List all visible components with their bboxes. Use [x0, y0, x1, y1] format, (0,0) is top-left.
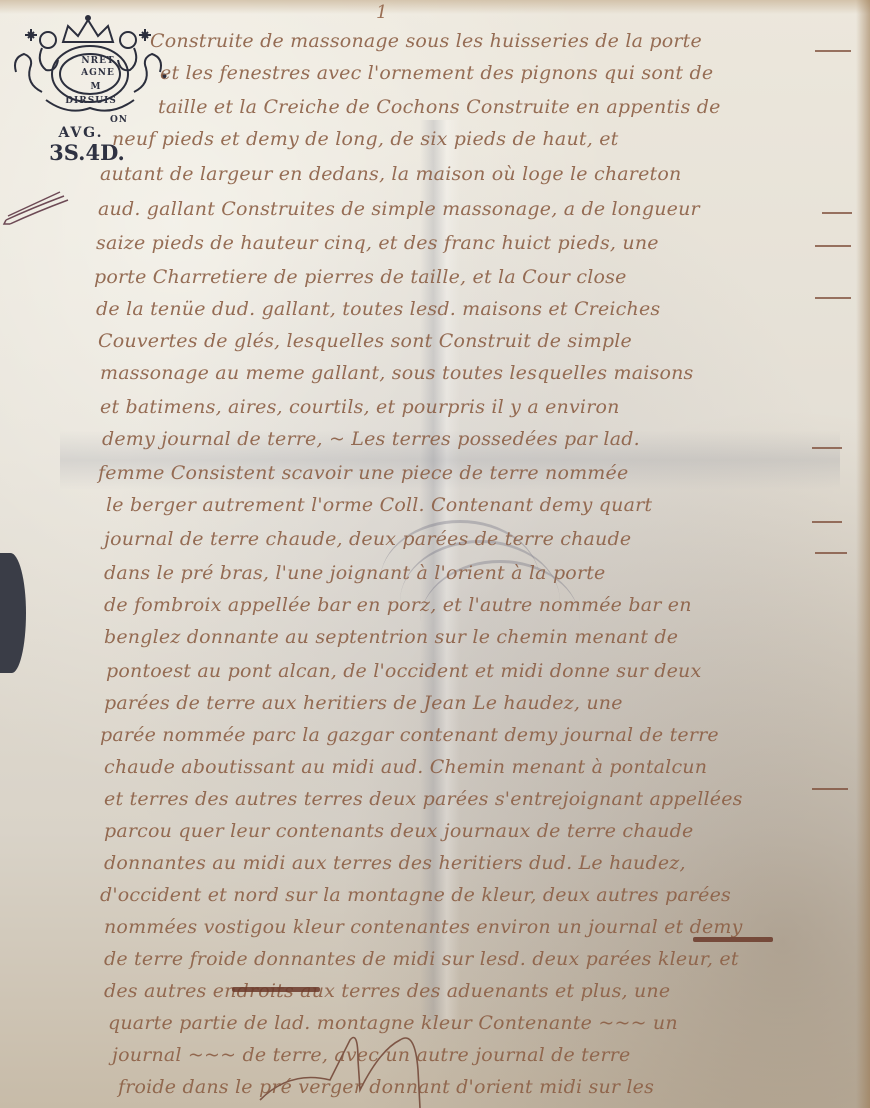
- stamp-text: ON: [104, 115, 134, 125]
- manuscript-line: massonage au meme gallant, sous toutes l…: [100, 362, 693, 384]
- stamp-text: M: [86, 82, 106, 92]
- manuscript-line: de la tenüe dud. gallant, toutes lesd. m…: [96, 298, 660, 320]
- manuscript-line: chaude aboutissant au midi aud. Chemin m…: [104, 756, 707, 778]
- stamp-text: AGNE: [68, 68, 128, 78]
- line-end-dash: [812, 521, 842, 523]
- manuscript-line: et batimens, aires, courtils, et pourpri…: [100, 396, 620, 418]
- manuscript-line: parées de terre aux heritiers de Jean Le…: [104, 692, 623, 714]
- paper-right-edge: [856, 0, 870, 1108]
- manuscript-line: et les fenestres avec l'ornement des pig…: [160, 62, 713, 84]
- signature-flourish-icon: [240, 1030, 480, 1108]
- quill-mark-icon: [2, 188, 72, 228]
- torn-edge: [0, 553, 26, 673]
- manuscript-line: saize pieds de hauteur cinq, et des fran…: [96, 232, 659, 254]
- manuscript-line: taille et la Creiche de Cochons Construi…: [158, 96, 721, 118]
- line-end-dash: [812, 788, 848, 790]
- page-number: 1: [376, 2, 387, 23]
- manuscript-line: donnantes au midi aux terres des heritie…: [104, 852, 686, 874]
- manuscript-line: de terre froide donnantes de midi sur le…: [104, 948, 739, 970]
- manuscript-line: autant de largeur en dedans, la maison o…: [100, 163, 681, 185]
- manuscript-line: d'occident et nord sur la montagne de kl…: [100, 884, 731, 906]
- manuscript-line: Construite de massonage sous les huisser…: [150, 30, 702, 52]
- manuscript-line: des autres endroits aux terres des aduen…: [104, 980, 670, 1002]
- manuscript-line: parcou quer leur contenants deux journau…: [104, 820, 693, 842]
- stamp-text: NRET: [68, 56, 128, 66]
- manuscript-line: pontoest au pont alcan, de l'occident et…: [106, 660, 701, 682]
- line-end-dash: [815, 552, 847, 554]
- manuscript-line: porte Charretiere de pierres de taille, …: [94, 266, 627, 288]
- line-end-dash: [812, 447, 842, 449]
- strikethrough-mark: [232, 987, 320, 992]
- strikethrough-mark: [693, 937, 773, 942]
- manuscript-page: NRET AGNE M DIRSUIS ON AVG. 3S.4D. 1 Con…: [0, 0, 870, 1108]
- line-end-dash: [815, 297, 851, 299]
- manuscript-line: de fombroix appellée bar en porz, et l'a…: [104, 594, 692, 616]
- stamp-text: DIRSUIS: [46, 96, 136, 106]
- manuscript-line: neuf pieds et demy de long, de six pieds…: [112, 128, 619, 150]
- line-end-dash: [822, 212, 852, 214]
- manuscript-line: dans le pré bras, l'une joignant à l'ori…: [104, 562, 606, 584]
- manuscript-line: femme Consistent scavoir une piece de te…: [98, 462, 628, 484]
- stamp-text: AVG.: [46, 125, 116, 141]
- line-end-dash: [815, 245, 851, 247]
- manuscript-line: demy journal de terre, ~ Les terres poss…: [102, 428, 640, 450]
- manuscript-line: le berger autrement l'orme Coll. Contena…: [106, 494, 652, 516]
- manuscript-line: benglez donnante au septentrion sur le c…: [104, 626, 678, 648]
- manuscript-line: aud. gallant Construites de simple masso…: [98, 198, 700, 220]
- manuscript-line: journal de terre chaude, deux parées de …: [104, 528, 631, 550]
- manuscript-line: et terres des autres terres deux parées …: [104, 788, 743, 810]
- manuscript-line: parée nommée parc la gazgar contenant de…: [100, 724, 719, 746]
- manuscript-line: nommées vostigou kleur contenantes envir…: [104, 916, 743, 938]
- manuscript-line: Couvertes de glés, lesquelles sont Const…: [98, 330, 632, 352]
- line-end-dash: [815, 50, 851, 52]
